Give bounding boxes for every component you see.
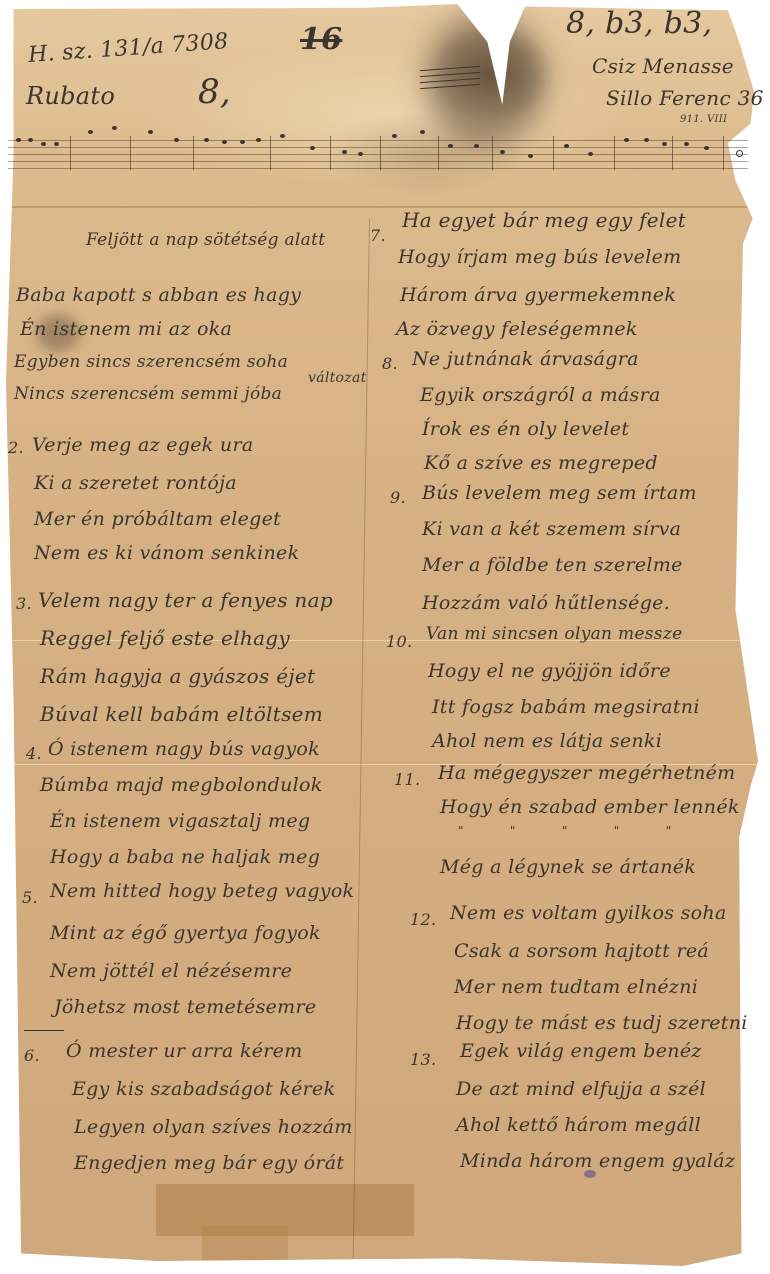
tape-patch-lower [202,1226,288,1268]
lyric-line: Ó istenem nagy bús vagyok [48,738,320,760]
lyric-line: Mer nem tudtam elnézni [454,976,698,998]
lyric-line: Mer én próbáltam eleget [34,508,281,530]
stanza-number: 3. [16,594,32,613]
melody-staff [8,136,748,170]
lyric-line: Egy kis szabadságot kérek [72,1078,335,1100]
lyric-line: Az özvegy feleségemnek [396,318,638,340]
lyric-line: Mint az égő gyertya fogyok [50,922,321,944]
lyric-line: Minda három engem gyaláz [460,1150,735,1172]
stanza-number: 8. [382,354,398,373]
variant-annotation: változat [308,370,367,386]
lyric-line: Baba kapott s abban es hagy [16,284,301,306]
lyric-line: Hozzám való hűtlensége. [422,592,670,614]
lyric-line: Három árva gyermekemnek [400,284,676,306]
date-note: 911. VIII [680,114,727,125]
ditto-marks: " " " " " [458,824,672,838]
lyric-line: Egyben sincs szerencsém soha [14,352,288,372]
lyric-line: Ahol nem es látja senki [432,730,662,752]
lyric-line: Hogy a baba ne haljak meg [50,846,320,868]
lyric-line: Nincs szerencsém semmi jóba [14,384,282,404]
lyric-line: Búval kell babám eltöltsem [40,702,323,726]
tempo-label: Rubato [26,82,115,110]
lyric-line: Nem es voltam gyilkos soha [450,902,727,924]
lyric-line: Kő a szíve es megreped [424,452,658,474]
lyric-line: Reggel feljő este elhagy [40,626,290,650]
lyric-line: Hogy te mást es tudj szeretni [456,1012,748,1034]
stanza-number: 7. [370,226,386,245]
tempo-mark: 8, [198,72,231,112]
lyric-line: Egyik országról a másra [420,384,661,406]
lyric-line: Engedjen meg bár egy órát [74,1152,344,1174]
lyric-line: Ki van a két szemem sírva [422,518,681,540]
performer-name: Csiz Menasse [592,54,734,78]
melody-fragment [420,66,480,90]
lyric-line: Ne jutnának árvaságra [412,348,639,370]
stanza-number: 12. [410,910,436,929]
lyric-line: Nem hitted hogy beteg vagyok [50,880,354,902]
lyric-line: Egek világ engem benéz [460,1040,702,1062]
lyric-line: Van mi sincsen olyan messze [426,624,682,644]
stanza-number: 5. [22,888,38,907]
lyric-line: Nem jöttél el nézésemre [50,960,292,982]
lyric-line: Velem nagy ter a fenyes nap [38,588,333,612]
stanza-number: 10. [386,632,412,651]
struck-mark: 16 [300,22,342,57]
lyric-line: Írok es én oly levelet [422,418,629,440]
lyric-line: Verje meg az egek ura [32,434,253,456]
lyric-line: Én istenem vigasztalj meg [50,810,310,832]
lyric-line: Bús levelem meg sem írtam [422,482,697,504]
lyric-line: Még a légynek se ártanék [440,856,696,878]
lyric-line: Mer a földbe ten szerelme [422,554,683,576]
lyric-line: Ha egyet bár meg egy felet [402,208,686,232]
top-right-numbers: 8, b3, b3, [566,6,712,41]
ink-dot [584,1170,596,1178]
stanza-number: 4. [26,744,42,763]
lyric-line: Rám hagyja a gyászos éjet [40,664,315,688]
lyric-line: Én istenem mi az oka [20,318,232,340]
stanza-number: 9. [390,488,406,507]
lyric-line: Jöhetsz most temetésemre [54,996,316,1018]
lyric-line: Hogy írjam meg bús levelem [398,246,681,268]
stanza-number: 2. [8,438,24,457]
lyric-line: Itt fogsz babám megsiratni [432,696,700,718]
lyric-line: Legyen olyan szíves hozzám [74,1116,353,1138]
stanza-number: 6. [24,1046,40,1065]
song-title: Feljött a nap sötétség alatt [86,230,325,250]
stanza-number: 11. [394,770,420,789]
lyric-line: De azt mind elfujja a szél [456,1078,706,1100]
performer-name: Sillo Ferenc 36 [606,86,764,110]
lyric-line: Nem es ki vánom senkinek [34,542,299,564]
lyric-line: Ki a szeretet rontója [34,472,237,494]
lyric-line: Csak a sorsom hajtott reá [454,940,709,962]
lyric-line: Ahol kettő három megáll [456,1114,701,1136]
stanza-number: 13. [410,1050,436,1069]
lyric-line: Hogy el ne gyöjjön időre [428,660,671,682]
lyric-line: Hogy én szabad ember lennék [440,796,740,818]
lyric-line: Búmba majd megbolondulok [40,774,323,796]
separator-line [24,1030,64,1031]
lyric-line: Ha mégegyszer megérhetném [438,762,736,784]
lyric-line: Ó mester ur arra kérem [66,1040,303,1062]
